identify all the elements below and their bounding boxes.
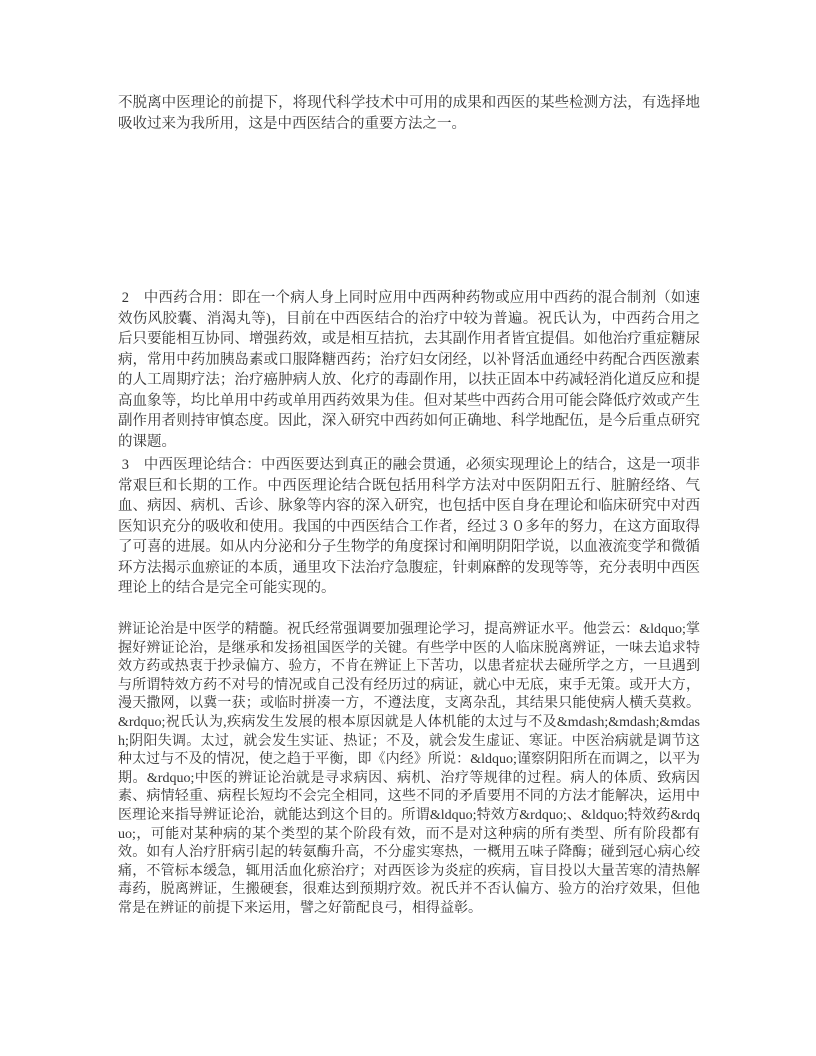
paragraph-intro: 不脱离中医理论的前提下，将现代科学技术中可用的成果和西医的某些检测方法，有选择地… (118, 93, 700, 134)
document-page: 不脱离中医理论的前提下，将现代科学技术中可用的成果和西医的某些检测方法，有选择地… (0, 0, 816, 1056)
paragraph-syndrome-differentiation: 辨证论治是中医学的精髓。祝氏经常强调要加强理论学习，提高辨证水平。他尝云：&ld… (118, 621, 700, 919)
paragraph-item-2-combined-medication: 2 中西药合用：即在一个病人身上同时应用中西两种药物或应用中西药的混合制剂（如速… (118, 288, 700, 452)
paragraph-item-3-theory-integration: 3 中西医理论结合：中西医要达到真正的融会贯通，必须实现理论上的结合，这是一项非… (118, 455, 700, 599)
